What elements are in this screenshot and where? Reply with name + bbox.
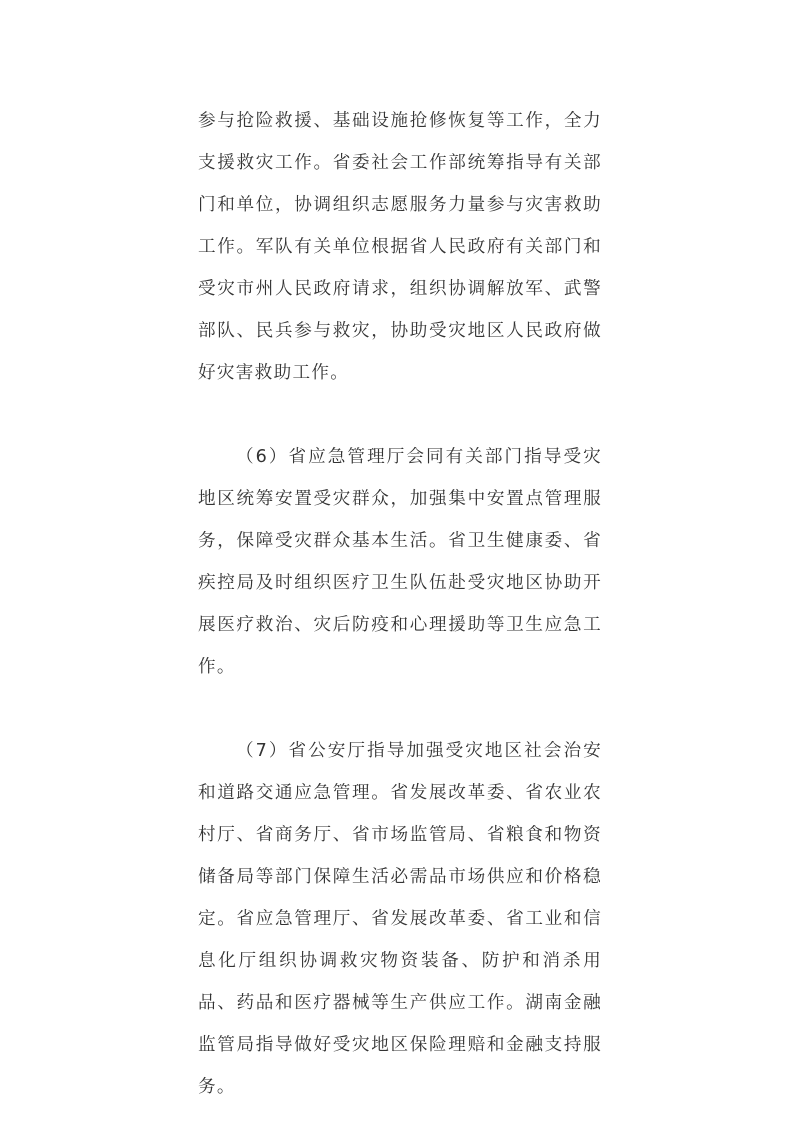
document-page: 参与抢险救援、基础设施抢修恢复等工作，全力支援救灾工作。省委社会工作部统筹指导有… (198, 100, 602, 1108)
paragraph-item-7: （7）省公安厅指导加强受灾地区社会治安和道路交通应急管理。省发展改革委、省农业农… (198, 730, 602, 1108)
paragraph-item-6: （6）省应急管理厅会同有关部门指导受灾地区统筹安置受灾群众，加强集中安置点管理服… (198, 436, 602, 688)
paragraph-spacer (198, 394, 602, 436)
paragraph-continued: 参与抢险救援、基础设施抢修恢复等工作，全力支援救灾工作。省委社会工作部统筹指导有… (198, 100, 602, 394)
paragraph-spacer (198, 688, 602, 730)
